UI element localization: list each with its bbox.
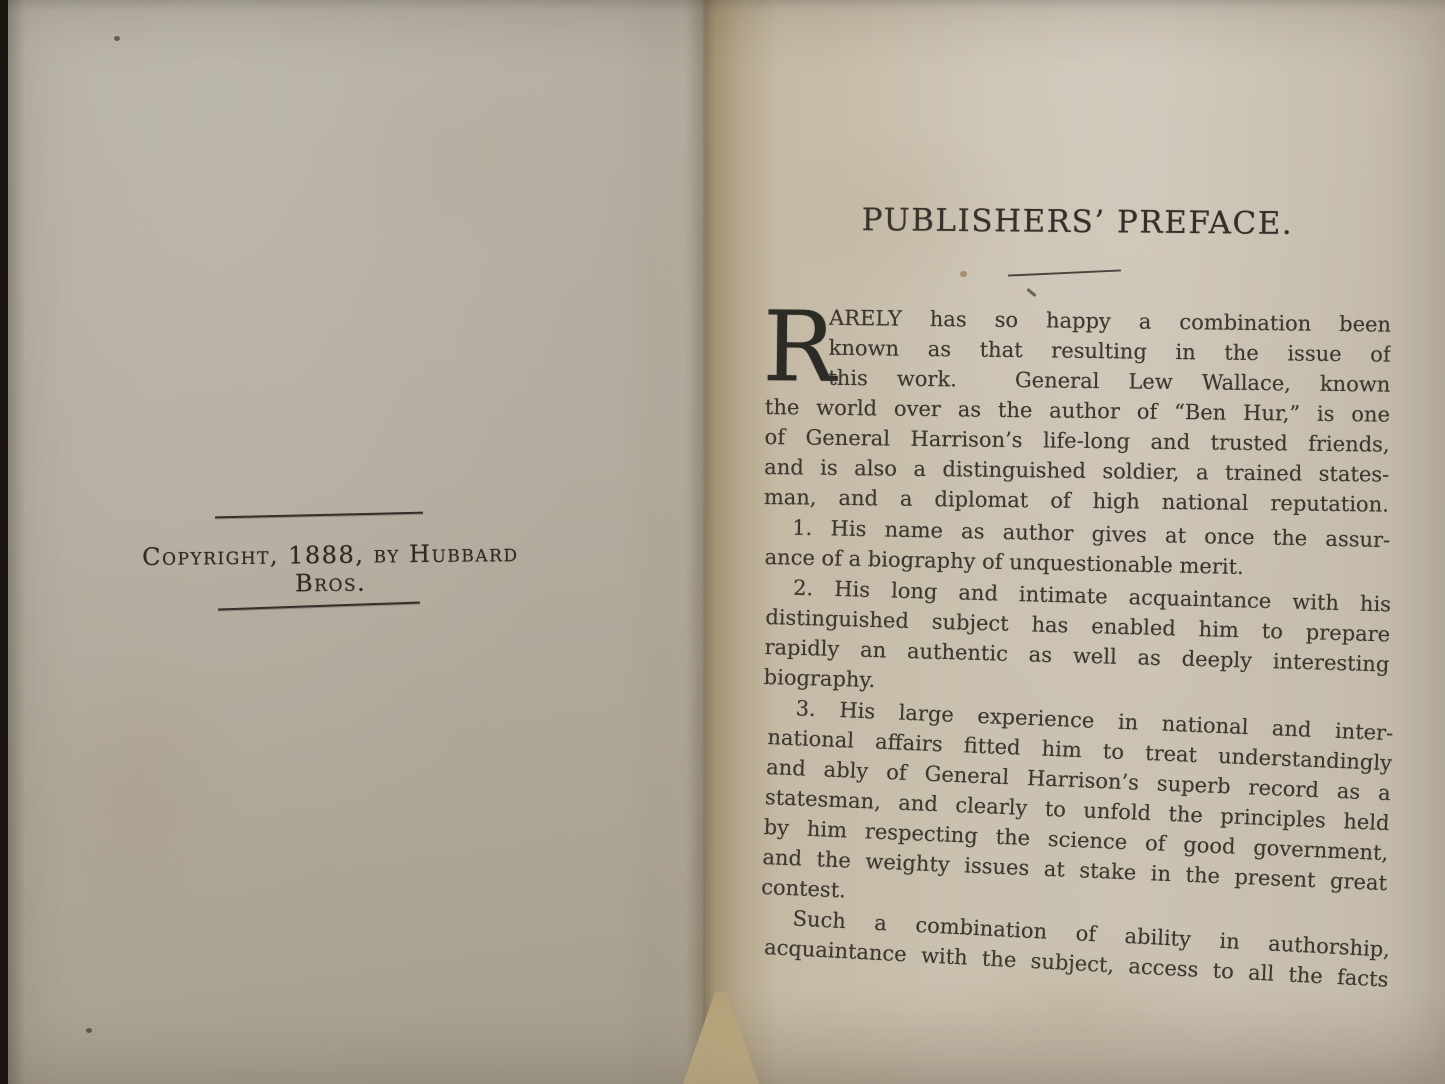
preface-text: RARELY has so happy a combination beenkn… bbox=[765, 302, 1390, 962]
drop-cap-letter: R bbox=[762, 303, 825, 392]
title-rule bbox=[1008, 269, 1121, 276]
paragraph: RARELY has so happy a combination beenkn… bbox=[764, 302, 1392, 520]
book-photo: Copyright, 1888, by Hubbard Bros. PUBLIS… bbox=[0, 0, 1445, 1084]
fox-speck bbox=[86, 1028, 92, 1033]
left-page: Copyright, 1888, by Hubbard Bros. bbox=[8, 0, 705, 1084]
paragraph: 3. His large experience in national and … bbox=[761, 692, 1394, 928]
page-title: PUBLISHERS’ PREFACE. bbox=[765, 201, 1390, 242]
copyright-top-rule bbox=[215, 512, 423, 519]
drop-cap-lines: ARELY has so happy a combination beenkno… bbox=[828, 303, 1391, 400]
fox-speck bbox=[960, 271, 967, 277]
right-page: PUBLISHERS’ PREFACE. RARELY has so happy… bbox=[705, 0, 1445, 1084]
fox-speck bbox=[114, 36, 120, 41]
copyright-bottom-rule bbox=[218, 601, 420, 610]
copyright-line: Copyright, 1888, by Hubbard Bros. bbox=[133, 539, 529, 599]
paragraph: 2. His long and intimate acquaintance wi… bbox=[763, 572, 1391, 709]
